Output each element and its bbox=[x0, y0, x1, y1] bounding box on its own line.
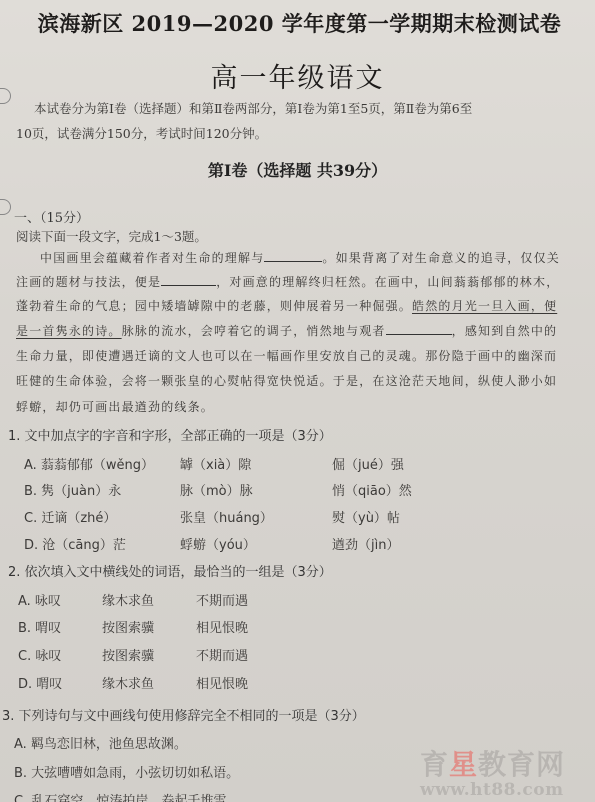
q1-option-d-1: D. 沧（cāng）茫 bbox=[24, 534, 126, 553]
binding-hole-mark bbox=[0, 199, 11, 215]
reading-instruction: 阅读下面一段文字，完成1～3题。 bbox=[16, 227, 207, 245]
q2-option-a-1: A. 咏叹 bbox=[18, 590, 61, 609]
q1-option-a-2: 罅（xià）隙 bbox=[180, 454, 251, 473]
q1-option-a-3: 倔（jué）强 bbox=[332, 454, 404, 473]
q2-option-d-3: 相见恨晚 bbox=[196, 673, 248, 692]
passage-line-2: 注画的题材与技法，便是，对画意的理解终归枉然。在画中，山间蓊蓊郁郁的林木， bbox=[16, 273, 559, 290]
passage-text: 脉脉的流水，会哼着它的调子，悄然地与观者 bbox=[122, 324, 386, 338]
exam-title: 滨海新区 2019—2020 学年度第一学期期末检测试卷 bbox=[12, 8, 587, 38]
passage-line-7: 蜉蝣，却仍可画出最遒劲的线条。 bbox=[16, 398, 214, 415]
watermark-text: 育 bbox=[420, 748, 449, 781]
passage-line-6: 旺健的生命体验，会将一颗张皇的心熨帖得宽快悦适。于是，在这沧茫天地间，纵使人渺小… bbox=[16, 372, 557, 389]
q3-option-a: A. 羁鸟恋旧林，池鱼思故渊。 bbox=[14, 733, 187, 752]
passage-line-5: 生命力量，即使遭遇迁谪的文人也可以在一幅画作里安放自己的灵魂。那份隐于画中的幽深… bbox=[16, 347, 557, 364]
q1-option-b-2: 脉（mò）脉 bbox=[180, 480, 253, 499]
q2-option-b-3: 相见恨晚 bbox=[196, 617, 248, 636]
passage-text: ，对画意的理解终归枉然。在画中，山间蓊蓊郁郁的林木， bbox=[216, 275, 559, 289]
passage-text: 中国画里会蕴藏着作者对生命的理解与 bbox=[40, 251, 264, 265]
question-3-stem: 3. 下列诗句与文中画线句使用修辞完全不相同的一项是（3分） bbox=[2, 705, 365, 724]
q3-option-c: C. 乱石穿空，惊涛拍岸，卷起千堆雪 bbox=[14, 790, 226, 802]
passage-text: 。如果背离了对生命意义的追寻，仅仅关 bbox=[322, 251, 560, 265]
q1-option-b-1: B. 隽（juàn）永 bbox=[24, 480, 121, 499]
intro-line-2: 10页，试卷满分150分，考试时间120分钟。 bbox=[16, 124, 267, 142]
q1-option-c-1: C. 迁谪（zhé） bbox=[24, 507, 116, 526]
passage-text: ，感知到自然中的 bbox=[452, 324, 558, 338]
passage-line-1: 中国画里会蕴藏着作者对生命的理解与。如果背离了对生命意义的追寻，仅仅关 bbox=[40, 249, 560, 266]
fill-blank-2 bbox=[161, 273, 216, 286]
q2-option-a-2: 缘木求鱼 bbox=[102, 590, 154, 609]
exam-page: 滨海新区 2019—2020 学年度第一学期期末检测试卷 高一年级语文 本试卷分… bbox=[0, 0, 595, 802]
question-1-stem: 1. 文中加点字的字音和字形，全部正确的一项是（3分） bbox=[8, 425, 332, 444]
part-heading: 一、（15分） bbox=[14, 207, 89, 226]
fill-blank-3 bbox=[386, 322, 452, 335]
q3-option-b: B. 大弦嘈嘈如急雨，小弦切切如私语。 bbox=[14, 762, 239, 781]
q1-option-c-3: 熨（yù）帖 bbox=[332, 507, 400, 526]
q1-option-a-1: A. 蓊蓊郁郁（wěng） bbox=[24, 454, 154, 473]
watermark-logo: 育星教育网 bbox=[420, 743, 565, 783]
passage-text: 注画的题材与技法，便是 bbox=[16, 275, 161, 289]
q2-option-c-3: 不期而遇 bbox=[196, 645, 248, 664]
q2-option-d-2: 缘木求鱼 bbox=[102, 673, 154, 692]
watermark-text: 教育网 bbox=[478, 748, 565, 781]
section-title: 第Ⅰ卷（选择题 共39分） bbox=[0, 158, 595, 181]
watermark-url: www.ht88.com bbox=[420, 780, 564, 800]
q2-option-d-1: D. 喟叹 bbox=[18, 673, 62, 692]
q2-option-b-1: B. 喟叹 bbox=[18, 617, 61, 636]
q1-option-d-2: 蜉蝣（yóu） bbox=[180, 534, 256, 553]
q2-option-b-2: 按图索骥 bbox=[102, 617, 154, 636]
fill-blank-1 bbox=[264, 249, 322, 262]
underlined-sentence: 是一首隽永的诗。 bbox=[16, 324, 122, 338]
exam-subtitle: 高一年级语文 bbox=[0, 56, 595, 95]
passage-text: 蓬勃着生命的气息；园中矮墙罅隙中的老藤，则伸展着另一种倔强。 bbox=[16, 299, 412, 313]
q1-option-d-3: 遒劲（jìn） bbox=[332, 534, 399, 553]
intro-line-1: 本试卷分为第Ⅰ卷（选择题）和第Ⅱ卷两部分，第Ⅰ卷为第1至5页，第Ⅱ卷为第6至 bbox=[34, 99, 472, 117]
q2-option-c-2: 按图索骥 bbox=[102, 645, 154, 664]
passage-line-3: 蓬勃着生命的气息；园中矮墙罅隙中的老藤，则伸展着另一种倔强。皓然的月光一旦入画，… bbox=[16, 297, 557, 314]
passage-line-4: 是一首隽永的诗。脉脉的流水，会哼着它的调子，悄然地与观者，感知到自然中的 bbox=[16, 322, 557, 339]
watermark-star-char: 星 bbox=[449, 748, 478, 781]
q1-option-b-3: 悄（qiāo）然 bbox=[332, 480, 412, 499]
q2-option-c-1: C. 咏叹 bbox=[18, 645, 61, 664]
q1-option-c-2: 张皇（huáng） bbox=[180, 507, 273, 526]
underlined-sentence: 皓然的月光一旦入画，便 bbox=[412, 299, 557, 313]
q2-option-a-3: 不期而遇 bbox=[196, 590, 248, 609]
question-2-stem: 2. 依次填入文中横线处的词语，最恰当的一组是（3分） bbox=[8, 561, 332, 580]
